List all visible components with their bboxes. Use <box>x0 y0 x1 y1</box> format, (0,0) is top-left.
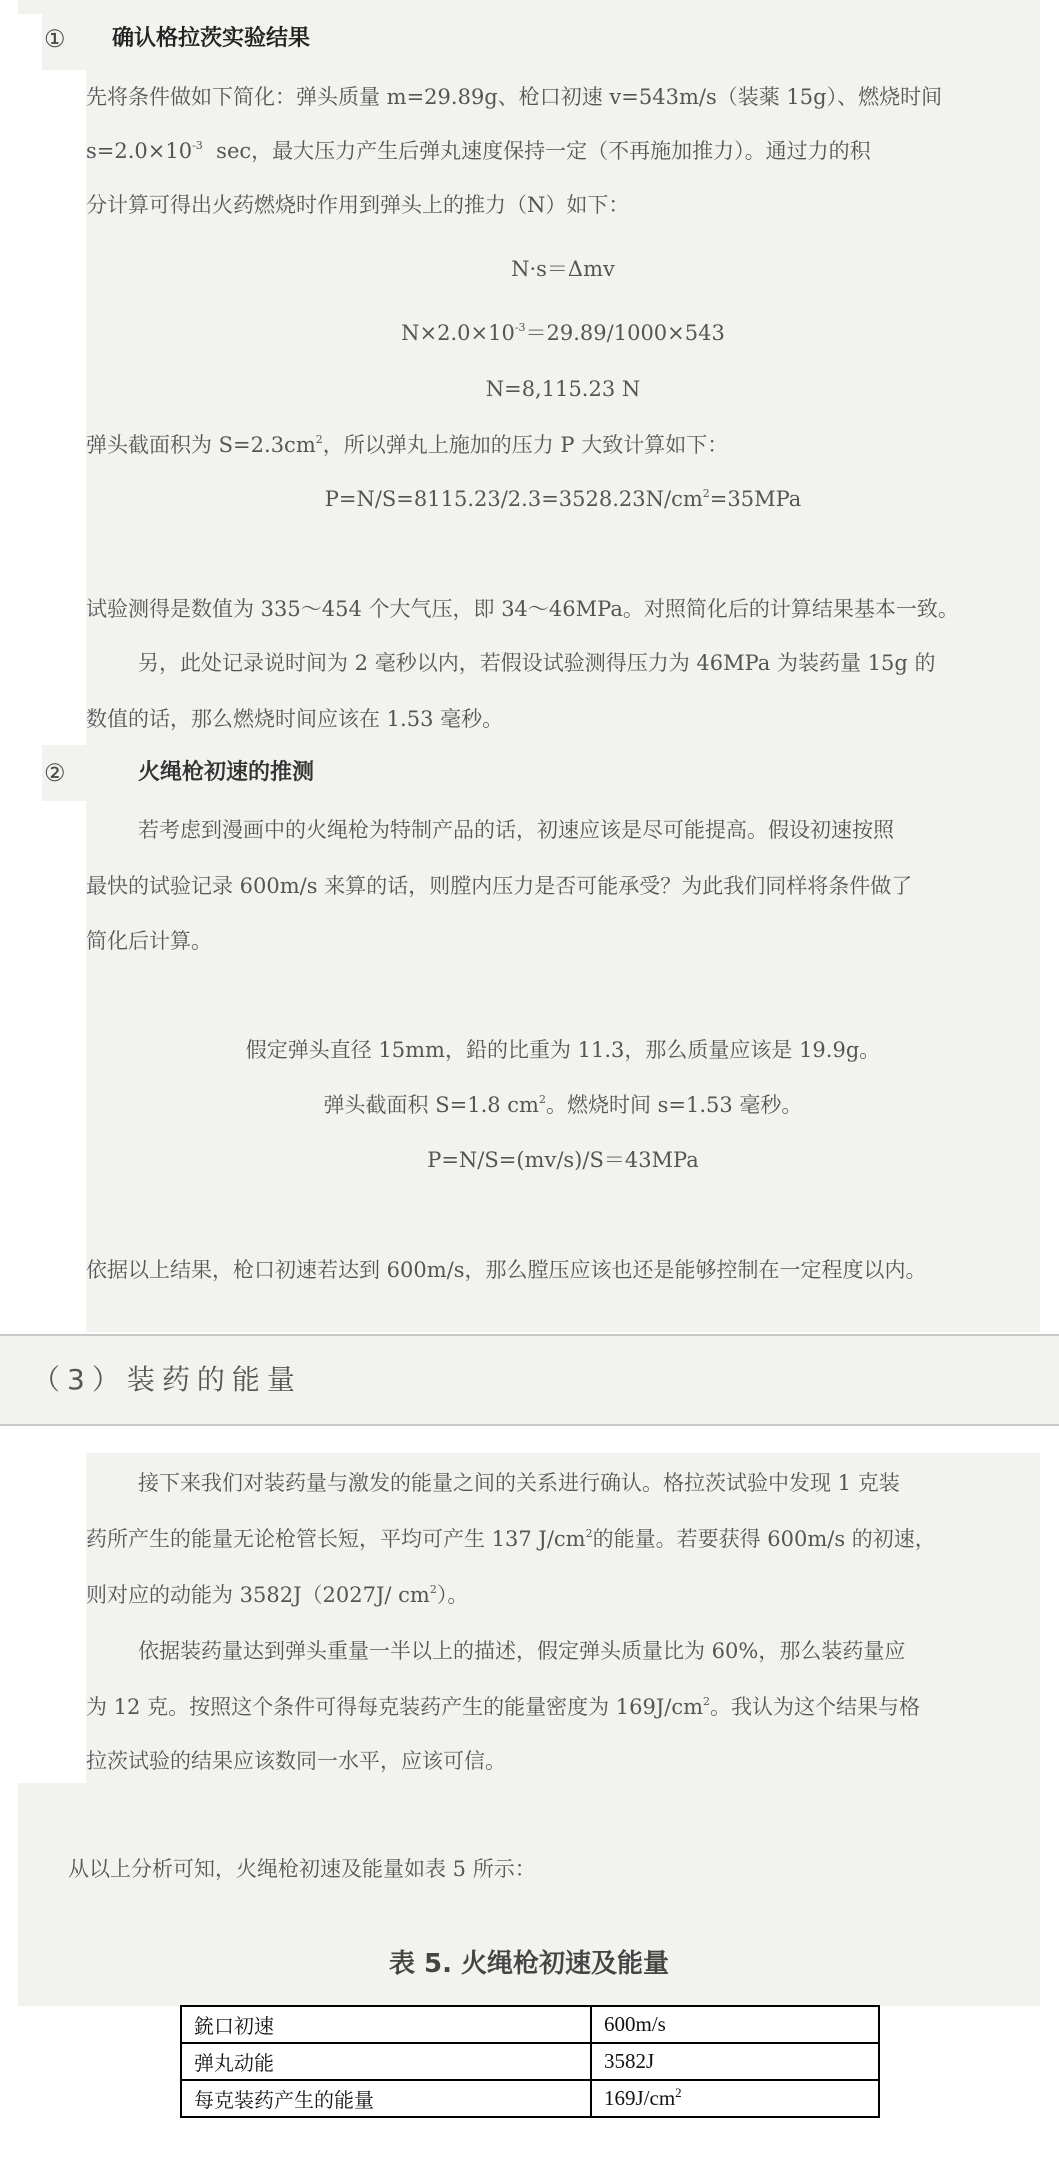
heading-number: ① <box>44 24 66 54</box>
paragraph-line: 接下来我们对装药量与激发的能量之间的关系进行确认。格拉茨试验中发现 1 克装 <box>138 1468 900 1498</box>
table-cell-value: 600m/s <box>591 2006 879 2043</box>
heading-number: ② <box>44 758 66 788</box>
superscript: 2 <box>539 1093 546 1106</box>
equation: N·s＝Δmv <box>86 254 1040 284</box>
section1-body-block <box>86 68 1040 746</box>
paragraph-line: 依据以上结果，枪口初速若达到 600m/s，那么膛压应该也还是能够控制在一定程度… <box>86 1255 927 1285</box>
paragraph-line: 最快的试验记录 600m/s 来算的话，则膛内压力是否可能承受？为此我们同样将条… <box>86 871 912 901</box>
assumption-line: 弹头截面积 S=1.8 cm2。燃烧时间 s=1.53 毫秒。 <box>86 1090 1040 1120</box>
text: 。燃烧时间 s=1.53 毫秒。 <box>546 1093 802 1117</box>
text: =35MPa <box>710 487 802 511</box>
paragraph-line: 数值的话，那么燃烧时间应该在 1.53 毫秒。 <box>86 704 503 734</box>
superscript: 2 <box>316 433 323 446</box>
paragraph-line: 药所产生的能量无论枪管长短，平均可产生 137 J/cm2的能量。若要获得 60… <box>86 1524 936 1554</box>
paragraph-line: 分计算可得出火药燃烧时作用到弹头上的推力（N）如下： <box>86 190 629 220</box>
text: ，所以弹丸上施加的压力 P 大致计算如下： <box>323 433 728 457</box>
paragraph-line: s=2.0×10-3 sec，最大压力产生后弹丸速度保持一定（不再施加推力）。通… <box>86 136 871 166</box>
equation: N=8,115.23 N <box>86 374 1040 404</box>
superscript: 2 <box>703 487 710 500</box>
table-cell-label: 銃口初速 <box>181 2006 591 2043</box>
text: 。我认为这个结果与格 <box>710 1695 920 1719</box>
superscript: 2 <box>586 1527 593 1540</box>
text: sec，最大压力产生后弹丸速度保持一定（不再施加推力）。通过力的积 <box>203 139 871 163</box>
results-table: 銃口初速 600m/s 弹丸动能 3582J 每克装药产生的能量 169J/cm… <box>180 2005 880 2118</box>
section-title: （3）装药的能量 <box>32 1362 302 1398</box>
equation: P=N/S=(mv/s)/S＝43MPa <box>86 1145 1040 1175</box>
text: ＝29.89/1000×543 <box>526 321 725 345</box>
superscript: -3 <box>515 321 526 334</box>
equation: P=N/S=8115.23/2.3=3528.23N/cm2=35MPa <box>86 484 1040 514</box>
superscript: 2 <box>430 1583 437 1596</box>
paragraph-line: 简化后计算。 <box>86 926 212 956</box>
text: 弹头截面积为 S=2.3cm <box>86 433 316 457</box>
superscript: 2 <box>703 1695 710 1708</box>
text: 弹头截面积 S=1.8 cm <box>324 1093 539 1117</box>
paragraph-line: 依据装药量达到弹头重量一半以上的描述，假定弹头质量比为 60%，那么装药量应 <box>138 1636 905 1666</box>
text: P=N/S=8115.23/2.3=3528.23N/cm <box>325 487 703 511</box>
text: 药所产生的能量无论枪管长短，平均可产生 137 J/cm <box>86 1527 586 1551</box>
paragraph-line: 弹头截面积为 S=2.3cm2，所以弹丸上施加的压力 P 大致计算如下： <box>86 430 728 460</box>
section-3-header: （3）装药的能量 <box>0 1334 1059 1426</box>
text: 的能量。若要获得 600m/s 的初速， <box>593 1527 936 1551</box>
paragraph-line: 另，此处记录说时间为 2 毫秒以内，若假设试验测得压力为 46MPa 为装药量 … <box>138 648 936 678</box>
table-row: 弹丸动能 3582J <box>181 2043 879 2080</box>
heading-title: 确认格拉茨实验结果 <box>112 24 310 54</box>
paragraph-line: 先将条件做如下简化：弹头质量 m=29.89g、枪口初速 v=543m/s（装薬… <box>86 82 942 112</box>
superscript: 2 <box>675 2085 682 2100</box>
text: 为 12 克。按照这个条件可得每克装药产生的能量密度为 169J/cm <box>86 1695 703 1719</box>
paragraph-line: 拉茨试验的结果应该数同一水平，应该可信。 <box>86 1746 506 1776</box>
text: 则对应的动能为 3582J（2027J/ cm <box>86 1583 430 1607</box>
superscript: -3 <box>192 139 203 152</box>
table-row: 銃口初速 600m/s <box>181 2006 879 2043</box>
text: N×2.0×10 <box>401 321 515 345</box>
assumption-line: 假定弹头直径 15mm，鉛的比重为 11.3，那么质量应该是 19.9g。 <box>86 1035 1040 1065</box>
text: ）。 <box>437 1583 469 1607</box>
summary-text: 从以上分析可知，火绳枪初速及能量如表 5 所示： <box>68 1854 536 1884</box>
table-cell-value: 169J/cm2 <box>591 2080 879 2117</box>
section3-body-block <box>86 1453 1040 1784</box>
text: 169J/cm <box>604 2086 675 2110</box>
paragraph-line: 为 12 克。按照这个条件可得每克装药产生的能量密度为 169J/cm2。我认为… <box>86 1692 920 1722</box>
text: s=2.0×10 <box>86 139 192 163</box>
heading-title: 火绳枪初速的推测 <box>138 758 314 788</box>
table-cell-label: 每克装药产生的能量 <box>181 2080 591 2117</box>
paragraph-line: 则对应的动能为 3582J（2027J/ cm2）。 <box>86 1580 468 1610</box>
equation: N×2.0×10-3＝29.89/1000×543 <box>86 318 1040 348</box>
table-cell-value: 3582J <box>591 2043 879 2080</box>
table-caption: 表 5. 火绳枪初速及能量 <box>18 1943 1040 1980</box>
table-row: 每克装药产生的能量 169J/cm2 <box>181 2080 879 2117</box>
paragraph-line: 若考虑到漫画中的火绳枪为特制产品的话，初速应该是尽可能提高。假设初速按照 <box>138 815 894 845</box>
table-cell-label: 弹丸动能 <box>181 2043 591 2080</box>
top-strip <box>18 0 1040 14</box>
paragraph-line: 试验测得是数值为 335～454 个大气压，即 34～46MPa。对照简化后的计… <box>86 594 959 624</box>
